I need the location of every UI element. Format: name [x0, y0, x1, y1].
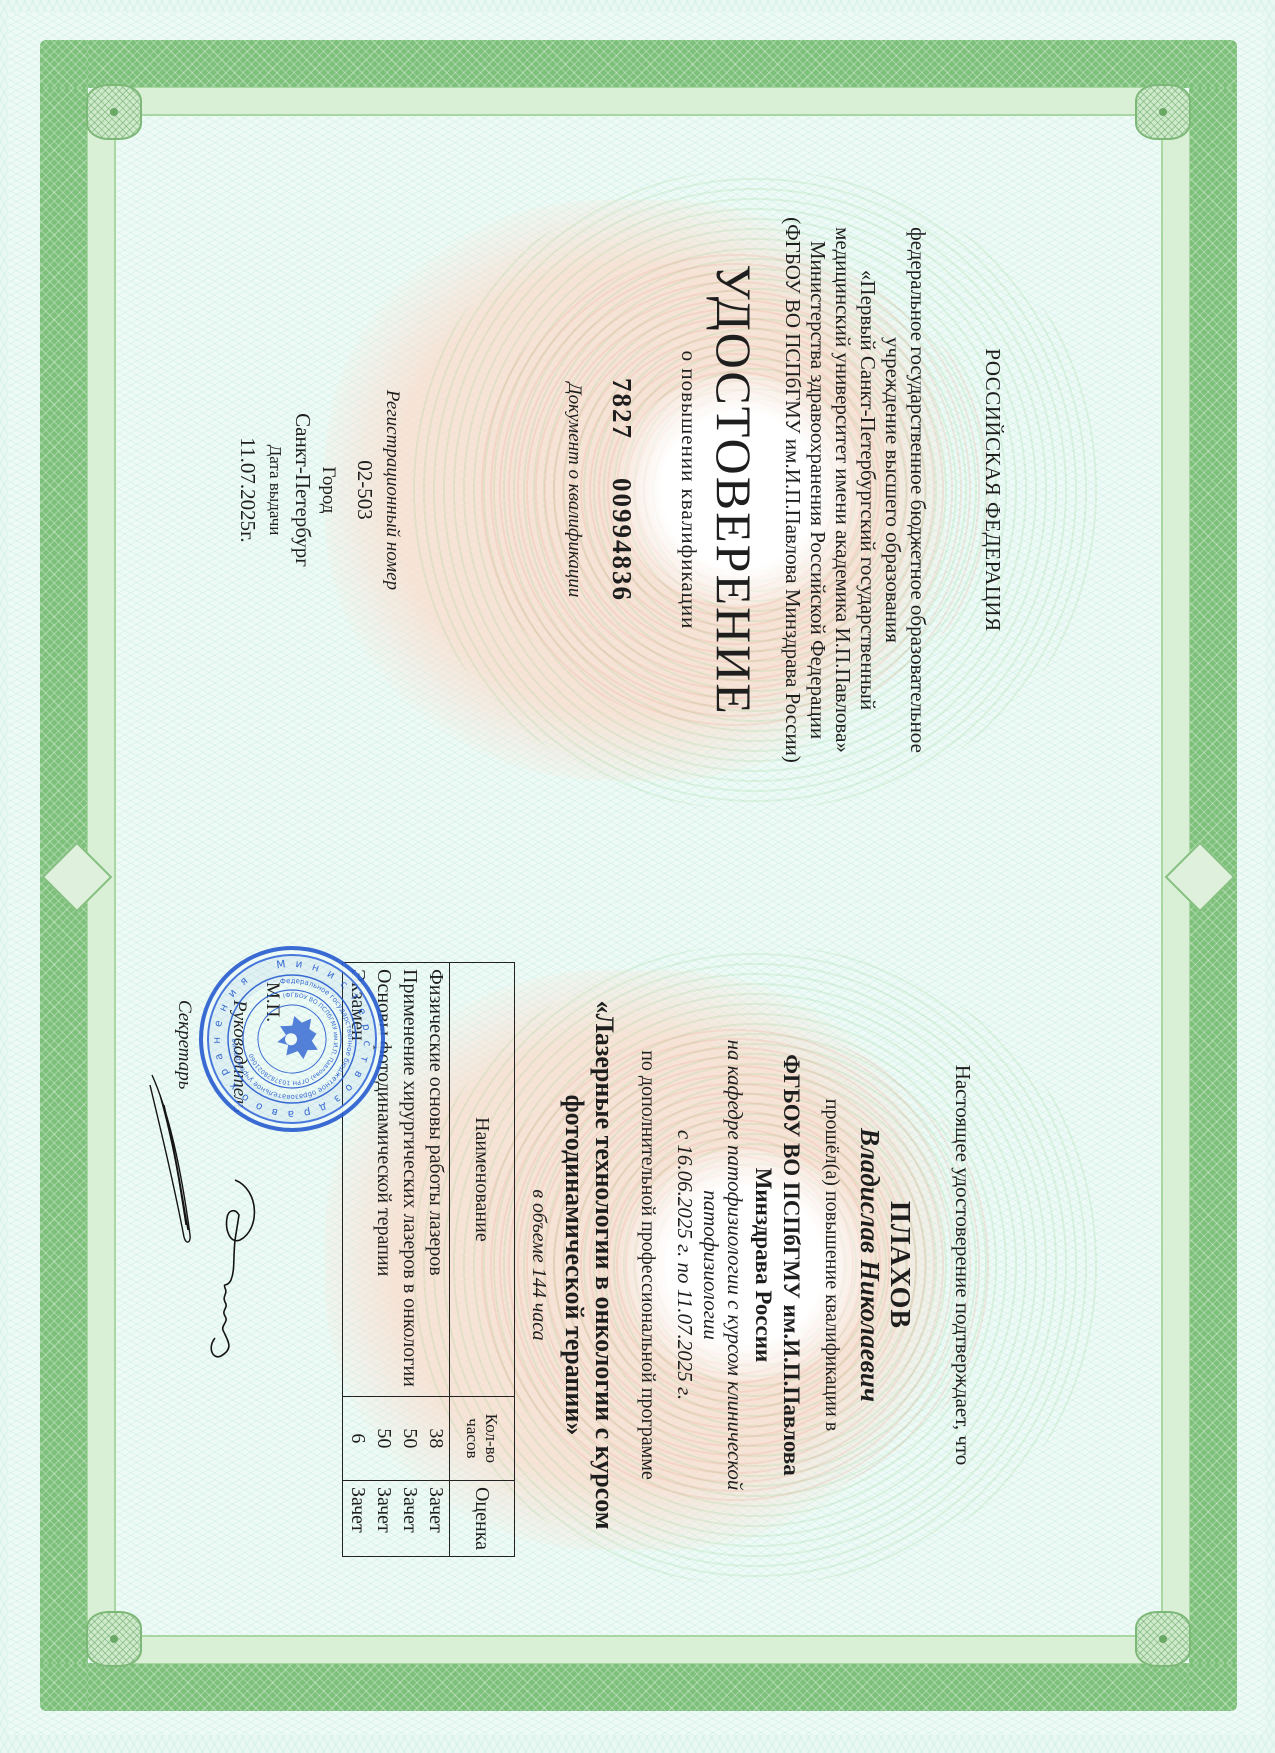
department-line: патофизиологии — [699, 900, 723, 1630]
institution-name: ФГБОУ ВО ПСПбГМУ им.И.П.Павлова Минздрав… — [749, 900, 805, 1630]
holder-given-names: Владислав Николаевич — [854, 900, 885, 1630]
document-subtitle: о повышении квалификации — [676, 125, 701, 855]
city-value: Санкт-Петербург — [290, 125, 315, 855]
column-header-grade: Оценка — [450, 1480, 515, 1556]
country-heading: РОССИЙСКАЯ ФЕДЕРАЦИЯ — [980, 125, 1005, 855]
subject-grade: Зачет — [423, 1480, 450, 1556]
confirmation-text: Настоящее удостоверение подтверждает, чт… — [950, 900, 975, 1630]
document-type: Документ о квалификации — [563, 125, 585, 855]
program-volume: в объеме 144 часа — [527, 900, 550, 1630]
subject-hours: 50 — [371, 1396, 397, 1480]
org-line: медицинский университет имени академика … — [830, 125, 855, 855]
subject-grade: Зачет — [397, 1480, 423, 1556]
table-row: Физические основы работы лазеров 38 Заче… — [423, 963, 450, 1557]
holder-surname: ПЛАХОВ — [883, 900, 915, 1630]
table-header-row: Наименование Кол-во часов Оценка — [450, 963, 515, 1557]
serial-series: 7827 — [606, 378, 637, 440]
column-header-hours: Кол-во часов — [450, 1396, 515, 1480]
issuing-organization: федеральное государственное бюджетное об… — [780, 125, 930, 855]
subject-hours: 50 — [397, 1396, 423, 1480]
training-period: с 16.06.2025 г. по 11.07.2025 г. — [672, 900, 697, 1630]
serial-digits: 00994836 — [606, 478, 637, 602]
program-title: «Лазерные технологии в онкологии с курсо… — [559, 940, 619, 1590]
secretary-signature — [140, 1065, 200, 1255]
details-page: Настоящее удостоверение подтверждает, чт… — [120, 900, 1155, 1630]
department-line: на кафедре патофизиологии с курсом клини… — [723, 900, 747, 1630]
program-intro: по дополнительной профессиональной прогр… — [636, 900, 659, 1630]
subject-grade: Зачет — [371, 1480, 397, 1556]
certificate-document: РОССИЙСКАЯ ФЕДЕРАЦИЯ федеральное государ… — [0, 0, 1275, 1753]
city-label: Город — [317, 125, 339, 855]
stamp-emblem-icon: М и н и с т е р с т в о з д р а в о о х … — [186, 933, 397, 1144]
passed-text: прошёл(а) повышение квалификации в — [820, 900, 843, 1630]
subject-grade: Зачет — [343, 1480, 372, 1556]
subject-name: Физические основы работы лазеров — [423, 963, 450, 1397]
cover-page: РОССИЙСКАЯ ФЕДЕРАЦИЯ федеральное государ… — [120, 125, 1155, 855]
subject-hours: 6 — [343, 1396, 372, 1480]
hours-header-line: Кол-во — [482, 1403, 501, 1474]
org-line: (ФГБОУ ВО ПСПбГМУ им.И.П.Павлова Минздра… — [780, 125, 805, 855]
org-line: Министерства здравоохранения Российской … — [805, 125, 830, 855]
registration-number: 02-503 — [352, 125, 377, 855]
org-line: федеральное государственное бюджетное об… — [905, 125, 930, 855]
org-line: «Первый Санкт-Петербургский государствен… — [855, 125, 880, 855]
hours-header-line: часов — [463, 1403, 482, 1474]
registration-label: Регистрационный номер — [381, 125, 403, 855]
institution-line: Минздрава России — [749, 900, 777, 1630]
institution-line: ФГБОУ ВО ПСПбГМУ им.И.П.Павлова — [777, 900, 805, 1630]
table-row: Применение хирургических лазеров в онкол… — [397, 963, 423, 1557]
org-line: учреждение высшего образования — [880, 125, 905, 855]
department-name: на кафедре патофизиологии с курсом клини… — [699, 900, 747, 1630]
subject-hours: 38 — [423, 1396, 450, 1480]
issue-date-label: Дата выдачи — [265, 125, 285, 855]
document-title: УДОСТОВЕРЕНИЕ — [705, 125, 763, 855]
subject-name: Применение хирургических лазеров в онкол… — [397, 963, 423, 1397]
column-header-name: Наименование — [450, 963, 515, 1397]
issue-date: 11.07.2025г. — [235, 125, 260, 855]
serial-number: 782700994836 — [606, 125, 637, 855]
